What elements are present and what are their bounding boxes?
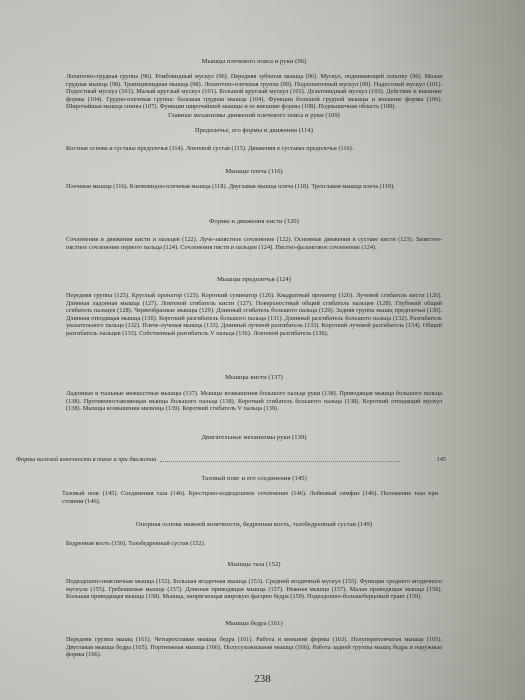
section-heading: Предплечье, его формы и движения (114): [66, 127, 442, 134]
section-text: Передняя группа мышц (161). Четырехглава…: [66, 636, 442, 659]
section-heading: Мышцы плеча (116): [66, 168, 442, 175]
section-text: Костная основа и суставы предплечья (114…: [66, 145, 442, 153]
toc-entry-title: Формы нижней конечности в покое и при дв…: [16, 456, 156, 463]
section-heading: Формы и движения кисти (120): [66, 218, 442, 225]
section-text: Подвздошно-поясничная мышца (152). Больш…: [66, 578, 442, 601]
section-text: Тазовый пояс (145). Соединения таза (146…: [62, 490, 438, 505]
leader-dots: [160, 456, 400, 462]
toc-entry-lower-limb: Формы нижней конечности в покое и при дв…: [16, 454, 446, 464]
section-heading: Мышцы таза (152): [66, 561, 442, 568]
section-heading: Мышцы предплечья (124): [66, 276, 442, 283]
section-text: Бедренная кость (150). Тазобедренный сус…: [66, 540, 442, 548]
section-heading: Главные механизмы движений плечевого поя…: [66, 112, 442, 119]
section-text: Сочленения и движения кисти и пальцев (1…: [66, 236, 442, 251]
section-heading: Опорная основа нижней конечности, бедрен…: [66, 521, 442, 528]
section-heading: Двигательные механизмы руки (139): [66, 434, 442, 441]
section-heading: Мышцы кисти (137): [66, 374, 442, 381]
section-text: Передняя группа (125). Круглый пронатор …: [66, 292, 442, 338]
section-heading: Мышцы плечевого пояса и руки (96): [66, 58, 442, 65]
section-text: Ладонные и тыльные межкостные мышцы (137…: [66, 390, 442, 413]
section-heading: Тазовый пояс и его соединения (145): [66, 475, 442, 482]
section-text: Плечевая мышца (116). Клювовидно-плечева…: [66, 183, 442, 191]
page-number: 238: [0, 673, 525, 685]
section-text: Лопаточно-грудная группа (96). Ромбовидн…: [66, 73, 442, 111]
toc-entry-page: 145: [406, 456, 446, 463]
section-heading: Мышцы бедра (161): [66, 620, 442, 627]
